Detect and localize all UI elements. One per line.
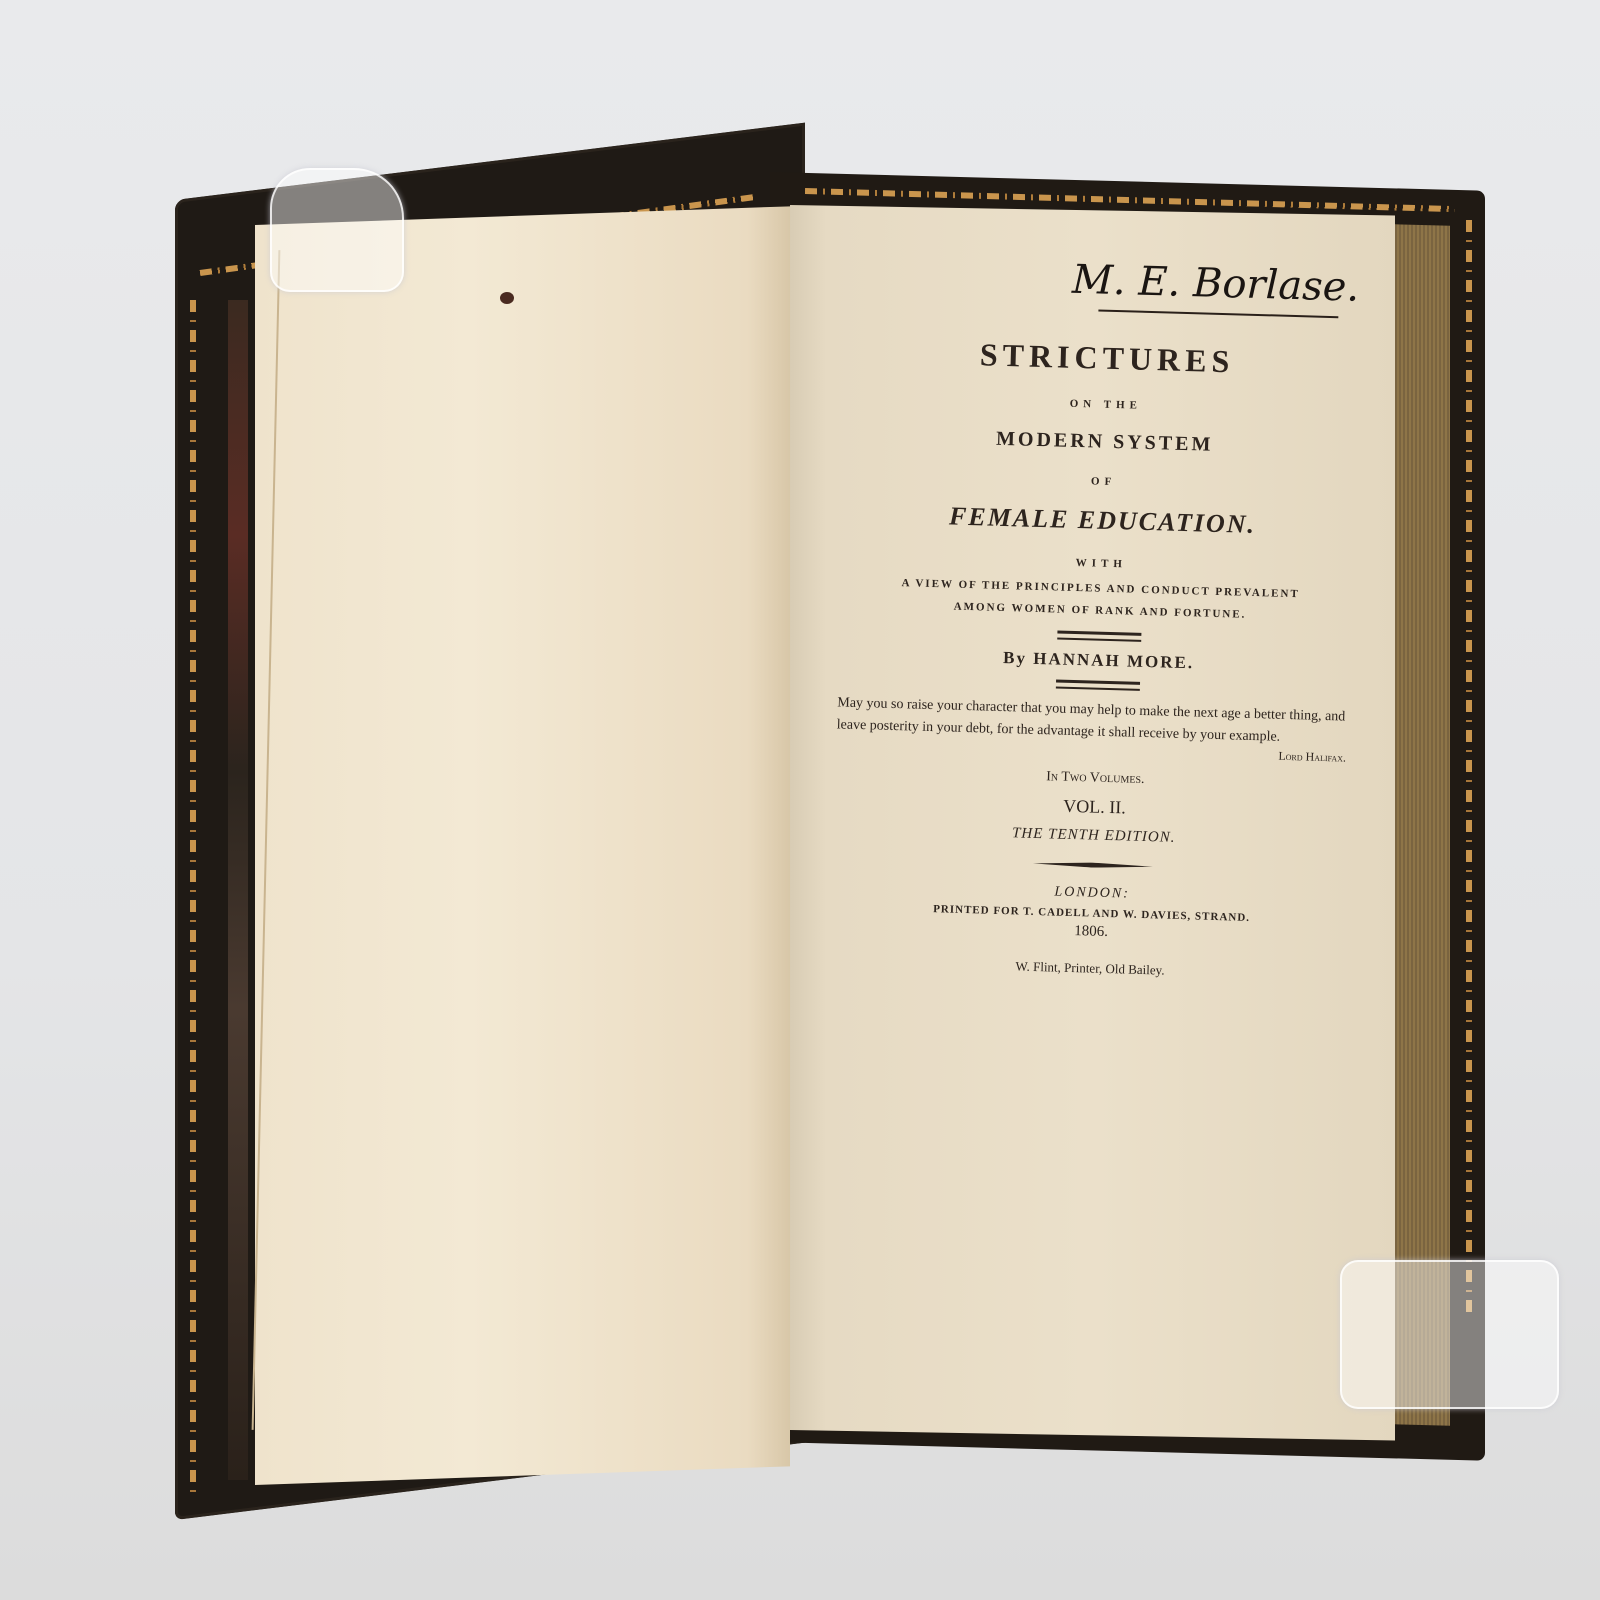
ink-spot — [500, 292, 514, 304]
volume-number: VOL. II. — [814, 789, 1374, 826]
gilt-border-right — [1466, 220, 1472, 1320]
plastic-clip-top — [270, 168, 404, 292]
of-text: OF — [824, 468, 1384, 496]
edition: THE TENTH EDITION. — [814, 820, 1374, 853]
blank-left-page — [255, 206, 790, 1485]
page-edges — [1395, 224, 1450, 1425]
double-rule-bottom — [1056, 679, 1140, 690]
volumes-text: In Two Volumes. — [815, 763, 1375, 795]
book-title: STRICTURES — [827, 332, 1388, 385]
swell-rule — [1033, 861, 1153, 869]
marbled-endpaper — [228, 300, 248, 1480]
gilt-border-left — [190, 300, 196, 1500]
plastic-clip-bottom — [1340, 1260, 1559, 1409]
on-the-text: ON THE — [826, 391, 1386, 419]
open-book: M. E. Borlase. STRICTURES ON THE MODERN … — [0, 0, 1600, 1600]
double-rule-top — [1057, 630, 1141, 641]
author: By HANNAH MORE. — [818, 643, 1378, 679]
title-page-text: M. E. Borlase. STRICTURES ON THE MODERN … — [810, 250, 1390, 984]
main-subject: FEMALE EDUCATION. — [822, 498, 1383, 544]
subtitle: MODERN SYSTEM — [825, 423, 1385, 462]
signature-underline — [1098, 310, 1338, 319]
